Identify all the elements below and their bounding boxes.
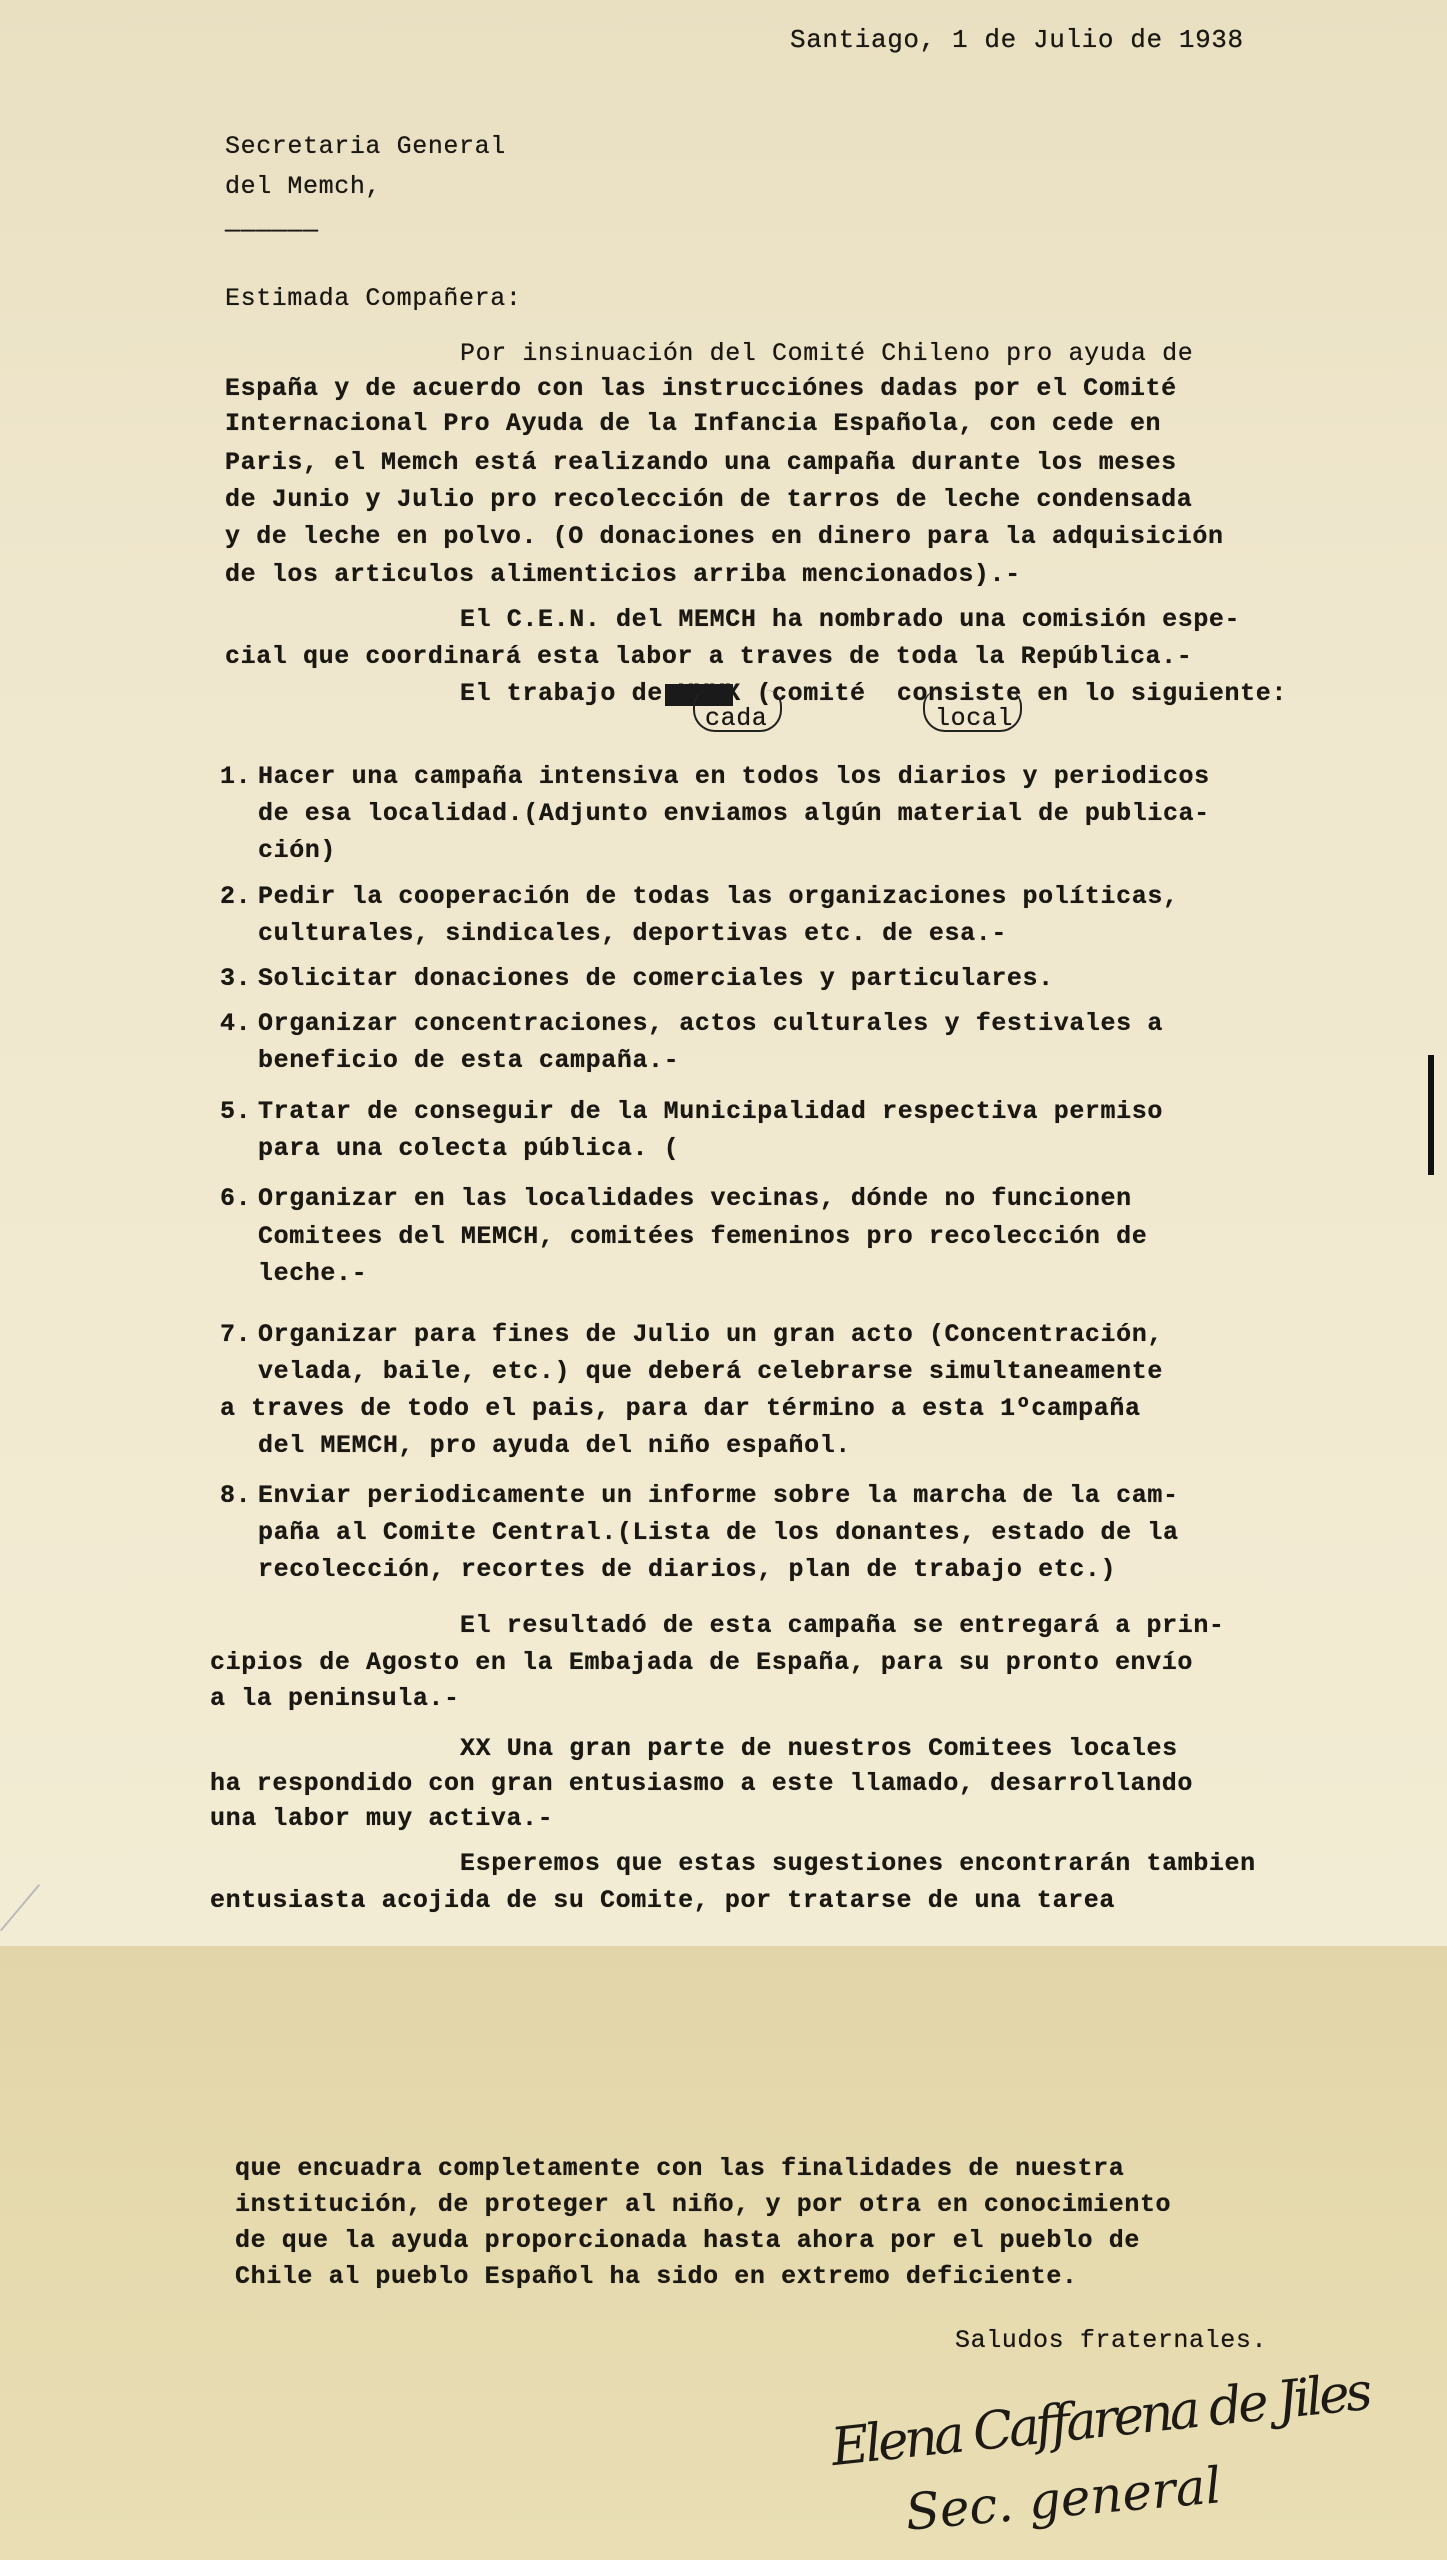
task-number: 8.: [220, 1477, 251, 1514]
task-line: recolección, recortes de diarios, plan d…: [258, 1551, 1116, 1588]
intro-paragraph-line: España y de acuerdo con las instruccióne…: [225, 370, 1177, 407]
closing-paragraph-line: entusiasta acojida de su Comite, por tra…: [210, 1882, 1115, 1919]
task-line: Organizar en las localidades vecinas, dó…: [258, 1180, 1132, 1217]
place-date: Santiago, 1 de Julio de 1938: [790, 22, 1244, 59]
task-number: 1.: [220, 758, 251, 795]
result-paragraph-line: a la peninsula.-: [210, 1680, 460, 1717]
task-line: Tratar de conseguir de la Municipalidad …: [258, 1093, 1163, 1130]
task-number: 2.: [220, 878, 251, 915]
commission-line: El C.E.N. del MEMCH ha nombrado una comi…: [460, 601, 1240, 638]
task-line: paña al Comite Central.(Lista de los don…: [258, 1514, 1179, 1551]
intro-paragraph-line: Por insinuación del Comité Chileno pro a…: [460, 335, 1193, 372]
task-line: de esa localidad.(Adjunto enviamos algún…: [258, 795, 1210, 832]
task-line: Pedir la cooperación de todas las organi…: [258, 878, 1179, 915]
intro-paragraph-line: de Junio y Julio pro recolección de tarr…: [225, 481, 1192, 518]
paper-edge-shadow: [1428, 1055, 1434, 1175]
intro-paragraph-line: y de leche en polvo. (O donaciones en di…: [225, 518, 1224, 555]
separator-rule: ——————: [225, 212, 319, 249]
intro-paragraph-line: de los articulos alimenticios arriba men…: [225, 556, 1021, 593]
result-paragraph-line: El resultadó de esta campaña se entregar…: [460, 1607, 1225, 1644]
task-line: leche.-: [258, 1255, 367, 1292]
task-line: Solicitar donaciones de comerciales y pa…: [258, 960, 1054, 997]
salutation: Estimada Compañera:: [225, 280, 521, 317]
handwritten-insertion: cada: [705, 700, 767, 737]
closing-paragraph-line: de que la ayuda proporcionada hasta ahor…: [235, 2222, 1140, 2259]
task-line: para una colecta pública. (: [258, 1130, 679, 1167]
handwritten-insertion: local: [935, 700, 1013, 737]
task-number: 5.: [220, 1093, 251, 1130]
task-line: Organizar para fines de Julio un gran ac…: [258, 1316, 1163, 1353]
response-paragraph-line: XX Una gran parte de nuestros Comitees l…: [460, 1730, 1178, 1767]
task-line: Organizar concentraciones, actos cultura…: [258, 1005, 1163, 1042]
task-line: Comitees del MEMCH, comitées femeninos p…: [258, 1218, 1147, 1255]
closing-paragraph-line: Esperemos que estas sugestiones encontra…: [460, 1845, 1256, 1882]
task-line: del MEMCH, pro ayuda del niño español.: [258, 1427, 851, 1464]
commission-line: cial que coordinará esta labor a traves …: [225, 638, 1192, 675]
task-number: 6.: [220, 1180, 251, 1217]
task-line: Enviar periodicamente un informe sobre l…: [258, 1477, 1179, 1514]
closing-paragraph-line: Chile al pueblo Español ha sido en extre…: [235, 2258, 1078, 2295]
task-line: beneficio de esta campaña.-: [258, 1042, 679, 1079]
farewell: Saludos fraternales.: [955, 2322, 1267, 2359]
task-line: ción): [258, 832, 336, 869]
intro-paragraph-line: Internacional Pro Ayuda de la Infancia E…: [225, 405, 1161, 442]
task-line: culturales, sindicales, deportivas etc. …: [258, 915, 1007, 952]
task-line: a traves de todo el pais, para dar térmi…: [220, 1390, 1141, 1427]
closing-paragraph-line: que encuadra completamente con las final…: [235, 2150, 1124, 2187]
task-number: 7.: [220, 1316, 251, 1353]
task-number: 3.: [220, 960, 251, 997]
recipient-line: Secretaria General: [225, 128, 506, 165]
task-line: velada, baile, etc.) que deberá celebrar…: [258, 1353, 1163, 1390]
work-intro-line: El trabajo de XXXX (comité consiste en l…: [460, 675, 1287, 712]
recipient-line: del Memch,: [225, 168, 381, 205]
closing-paragraph-line: institución, de proteger al niño, y por …: [235, 2186, 1171, 2223]
response-paragraph-line: una labor muy activa.-: [210, 1800, 553, 1837]
task-line: Hacer una campaña intensiva en todos los…: [258, 758, 1210, 795]
intro-paragraph-line: Paris, el Memch está realizando una camp…: [225, 444, 1177, 481]
task-number: 4.: [220, 1005, 251, 1042]
result-paragraph-line: cipios de Agosto en la Embajada de Españ…: [210, 1644, 1193, 1681]
response-paragraph-line: ha respondido con gran entusiasmo a este…: [210, 1765, 1193, 1802]
